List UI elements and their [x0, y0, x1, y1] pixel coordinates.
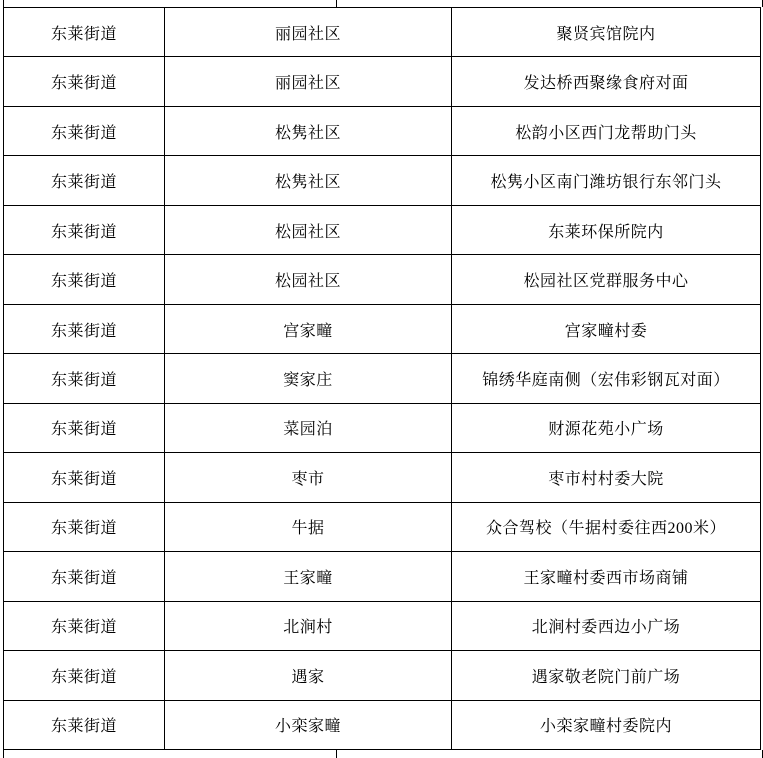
cell-community: 北涧村: [165, 602, 452, 650]
cell-community: 枣市: [165, 453, 452, 501]
table-row: 东莱街道宫家疃宫家疃村委: [4, 305, 760, 354]
bottom-partial-row-divider: [336, 750, 337, 758]
document-table-screenshot: 东莱街道丽园社区聚贤宾馆院内东莱街道丽园社区发达桥西聚缘食府对面东莱街道松隽社区…: [0, 0, 763, 758]
table-row: 东莱街道松园社区东莱环保所院内: [4, 206, 760, 255]
cell-street: 东莱街道: [4, 57, 165, 105]
cell-location: 东莱环保所院内: [452, 206, 760, 254]
table-row: 东莱街道丽园社区发达桥西聚缘食府对面: [4, 57, 760, 106]
cell-location: 松韵小区西门龙帮助门头: [452, 107, 760, 155]
cell-location: 王家疃村委西市场商铺: [452, 552, 760, 600]
cell-street: 东莱街道: [4, 206, 165, 254]
cell-location: 财源花苑小广场: [452, 404, 760, 452]
cell-location: 北涧村委西边小广场: [452, 602, 760, 650]
cell-street: 东莱街道: [4, 503, 165, 551]
cell-location: 宫家疃村委: [452, 305, 760, 353]
cell-community: 牛据: [165, 503, 452, 551]
cell-street: 东莱街道: [4, 651, 165, 699]
bottom-partial-row: [3, 750, 763, 758]
table-row: 东莱街道遇家遇家敬老院门前广场: [4, 651, 760, 700]
cell-community: 窦家庄: [165, 354, 452, 402]
table-row: 东莱街道松隽社区松隽小区南门潍坊银行东邻门头: [4, 156, 760, 205]
cell-street: 东莱街道: [4, 354, 165, 402]
cell-street: 东莱街道: [4, 305, 165, 353]
cell-street: 东莱街道: [4, 255, 165, 303]
cell-location: 松隽小区南门潍坊银行东邻门头: [452, 156, 760, 204]
cell-street: 东莱街道: [4, 701, 165, 749]
cell-community: 遇家: [165, 651, 452, 699]
cell-location: 枣市村村委大院: [452, 453, 760, 501]
table-row: 东莱街道小栾家疃小栾家疃村委院内: [4, 701, 760, 749]
table-row: 东莱街道菜园泊财源花苑小广场: [4, 404, 760, 453]
table-row: 东莱街道王家疃王家疃村委西市场商铺: [4, 552, 760, 601]
cell-location: 松园社区党群服务中心: [452, 255, 760, 303]
top-partial-row: [3, 0, 763, 7]
table-row: 东莱街道丽园社区聚贤宾馆院内: [4, 8, 760, 57]
cell-location: 小栾家疃村委院内: [452, 701, 760, 749]
table-row: 东莱街道枣市枣市村村委大院: [4, 453, 760, 502]
table-row: 东莱街道北涧村北涧村委西边小广场: [4, 602, 760, 651]
table-row: 东莱街道松隽社区松韵小区西门龙帮助门头: [4, 107, 760, 156]
cell-street: 东莱街道: [4, 552, 165, 600]
cell-community: 松园社区: [165, 206, 452, 254]
location-table: 东莱街道丽园社区聚贤宾馆院内东莱街道丽园社区发达桥西聚缘食府对面东莱街道松隽社区…: [3, 7, 761, 750]
table-row: 东莱街道松园社区松园社区党群服务中心: [4, 255, 760, 304]
cell-street: 东莱街道: [4, 107, 165, 155]
cell-location: 聚贤宾馆院内: [452, 8, 760, 56]
cell-location: 众合驾校（牛据村委往西200米）: [452, 503, 760, 551]
cell-street: 东莱街道: [4, 453, 165, 501]
cell-community: 松隽社区: [165, 107, 452, 155]
cell-location: 发达桥西聚缘食府对面: [452, 57, 760, 105]
cell-community: 丽园社区: [165, 8, 452, 56]
top-partial-row-divider: [336, 0, 337, 7]
cell-community: 宫家疃: [165, 305, 452, 353]
cell-community: 松园社区: [165, 255, 452, 303]
cell-street: 东莱街道: [4, 404, 165, 452]
cell-community: 王家疃: [165, 552, 452, 600]
cell-community: 小栾家疃: [165, 701, 452, 749]
cell-community: 丽园社区: [165, 57, 452, 105]
cell-location: 锦绣华庭南侧（宏伟彩钢瓦对面）: [452, 354, 760, 402]
table-row: 东莱街道窦家庄锦绣华庭南侧（宏伟彩钢瓦对面）: [4, 354, 760, 403]
cell-community: 松隽社区: [165, 156, 452, 204]
cell-street: 东莱街道: [4, 8, 165, 56]
cell-location: 遇家敬老院门前广场: [452, 651, 760, 699]
cell-community: 菜园泊: [165, 404, 452, 452]
table-row: 东莱街道牛据众合驾校（牛据村委往西200米）: [4, 503, 760, 552]
cell-street: 东莱街道: [4, 156, 165, 204]
cell-street: 东莱街道: [4, 602, 165, 650]
